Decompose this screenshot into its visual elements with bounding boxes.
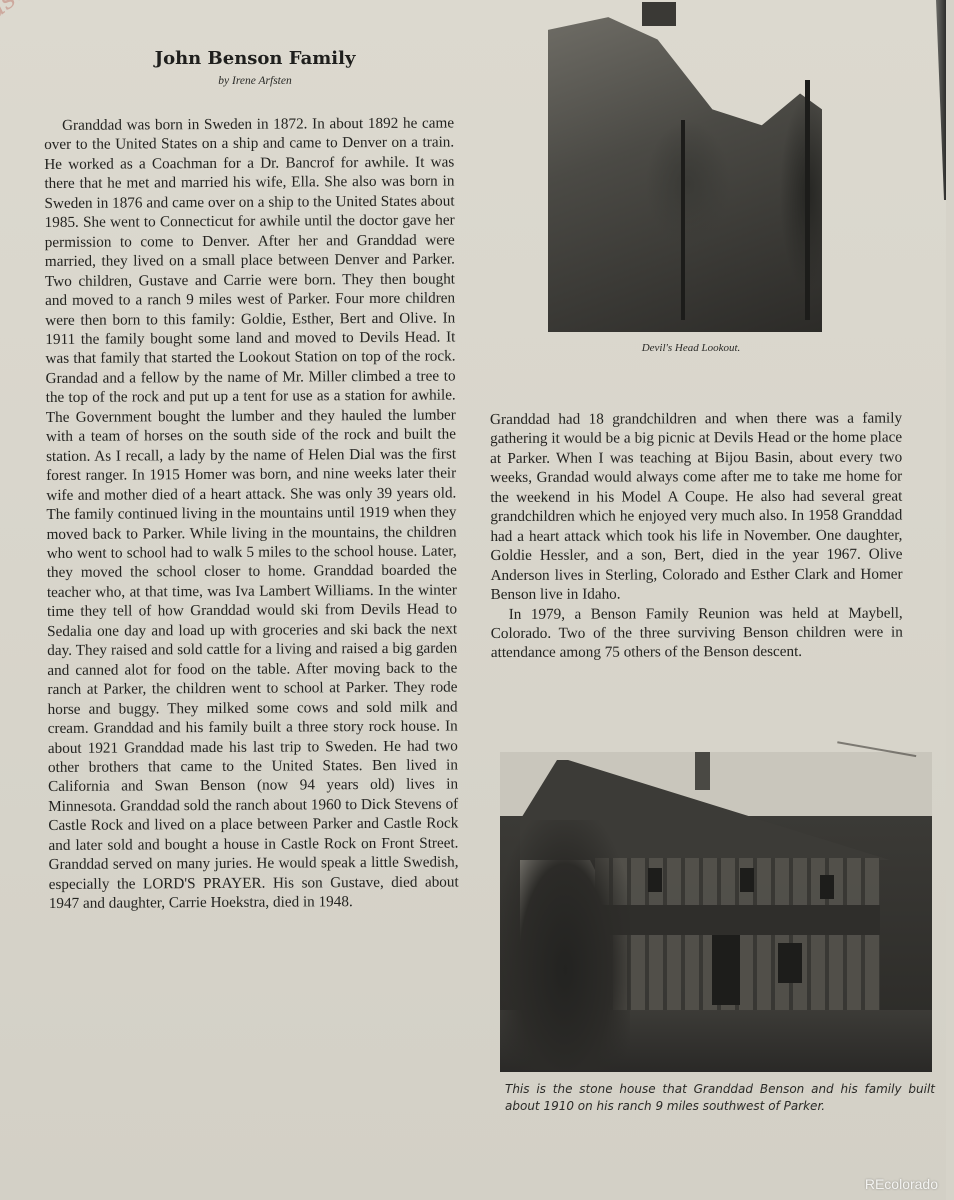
devils-head-lookout-photo bbox=[548, 14, 822, 332]
watermark-logo: REcolorado bbox=[865, 1176, 938, 1192]
house-window bbox=[820, 875, 834, 899]
house-window bbox=[648, 868, 662, 892]
house-photo-caption: This is the stone house that Granddad Be… bbox=[505, 1081, 935, 1115]
house-chimney-shape bbox=[695, 752, 710, 790]
page-edge-shadow bbox=[936, 0, 946, 200]
article-byline: by Irene Arfsten bbox=[150, 75, 360, 87]
house-window bbox=[778, 943, 802, 983]
house-door bbox=[712, 935, 740, 1005]
article-title: John Benson Family bbox=[150, 48, 360, 69]
paragraph: Granddad was born in Sweden in 1872. In … bbox=[44, 113, 459, 913]
house-porch-band bbox=[595, 905, 880, 935]
paragraph: Granddad had 18 grandchildren and when t… bbox=[490, 409, 903, 605]
right-text-column: Granddad had 18 grandchildren and when t… bbox=[490, 409, 903, 663]
document-page: Please Do NOT Remove John Benson Family … bbox=[0, 0, 946, 1200]
tree-foliage-shape bbox=[500, 820, 630, 1070]
tree-trunk-shape bbox=[805, 80, 810, 320]
tree-trunk-shape bbox=[681, 120, 685, 320]
paragraph: In 1979, a Benson Family Reunion was hel… bbox=[491, 603, 903, 663]
house-window bbox=[740, 868, 754, 892]
lookout-tower-shape bbox=[642, 2, 676, 26]
left-text-column: Granddad was born in Sweden in 1872. In … bbox=[44, 113, 459, 913]
lookout-photo-caption: Devil's Head Lookout. bbox=[560, 342, 822, 354]
